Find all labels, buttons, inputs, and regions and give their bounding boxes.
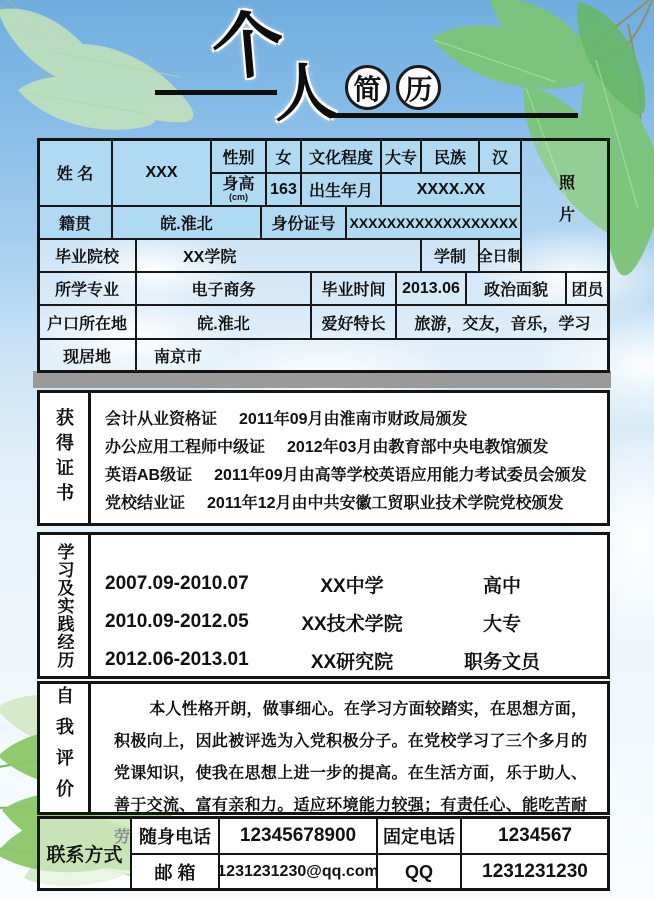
certificates-section-label: 获得证书 xyxy=(51,408,77,508)
system-label: 学制 xyxy=(420,238,480,273)
political-value: 团员 xyxy=(565,271,610,306)
qq-label: QQ xyxy=(376,853,462,891)
gender-label: 性别 xyxy=(210,138,267,174)
certificate-item: 办公应用工程师中级证2012年03月由教育部中央电教馆颁发 xyxy=(105,431,607,459)
school-value: XX学院 xyxy=(135,238,422,273)
experience-section-label-cell: 学习及实践经历 xyxy=(40,535,91,676)
experience-role: 大专 xyxy=(441,609,563,636)
photo-label: 照片 xyxy=(554,174,577,238)
certificate-name: 党校结业证 xyxy=(105,490,185,513)
experience-role: 高中 xyxy=(441,571,563,598)
birth-label: 出生年月 xyxy=(300,172,382,207)
mobile-label: 随身电话 xyxy=(130,816,220,855)
certificate-name: 办公应用工程师中级证 xyxy=(105,434,265,457)
experience-role: 职务文员 xyxy=(441,647,563,674)
qq-value: 1231231230 xyxy=(460,853,610,891)
title-char-jian: 简 xyxy=(353,68,381,108)
title-char-ren: 人 xyxy=(272,60,337,125)
height-label: 身高(cm) xyxy=(210,172,267,207)
major-label: 所学专业 xyxy=(37,271,137,306)
divider-bar xyxy=(33,371,611,388)
id-label: 身份证号 xyxy=(260,205,347,240)
self-evaluation-section: 自我评价 本人性格开朗，做事细心。在学习方面较踏实，在思想方面，积极向上，因此被… xyxy=(37,681,610,815)
gender-value: 女 xyxy=(265,138,302,174)
ethnicity-value: 汉 xyxy=(478,138,522,174)
education-label: 文化程度 xyxy=(300,138,382,174)
experience-section-label: 学习及实践经历 xyxy=(52,543,77,669)
hobby-value: 旅游，交友，音乐，学习 xyxy=(395,304,610,340)
certificates-content: 会计从业资格证2011年09月由淮南市财政局颁发 办公应用工程师中级证2012年… xyxy=(91,393,607,523)
experience-item: 2010.09-2012.05XX技术学院大专 xyxy=(105,603,607,641)
landline-label: 固定电话 xyxy=(376,816,462,855)
system-value: 全日制 xyxy=(478,238,522,273)
birth-value: XXXX.XX xyxy=(380,172,522,207)
height-unit: (cm) xyxy=(229,193,248,202)
email-value: 1231231230@qq.com xyxy=(218,853,378,891)
id-value: XXXXXXXXXXXXXXXXXX xyxy=(345,205,522,240)
experience-item: 2007.09-2010.07XX中学高中 xyxy=(105,565,607,603)
self-evaluation-label-cell: 自我评价 xyxy=(40,684,91,812)
certificate-list: 会计从业资格证2011年09月由淮南市财政局颁发 办公应用工程师中级证2012年… xyxy=(91,393,607,515)
certificate-name: 会计从业资格证 xyxy=(105,406,217,429)
grad-time-value: 2013.06 xyxy=(395,271,467,306)
certificate-detail: 2011年12月由中共安徽工贸职业技术学院党校颁发 xyxy=(207,490,564,513)
experience-content: 2007.09-2010.07XX中学高中 2010.09-2012.05XX技… xyxy=(91,535,607,676)
residence-label: 现居地 xyxy=(37,338,137,373)
email-label: 邮 箱 xyxy=(130,853,220,891)
school-label: 毕业院校 xyxy=(37,238,137,273)
experience-item: 2012.06-2013.01XX研究院职务文员 xyxy=(105,641,607,679)
name-value: XXX xyxy=(111,138,212,207)
experience-place: XX研究院 xyxy=(263,647,441,674)
hukou-label: 户口所在地 xyxy=(37,304,137,340)
certificate-item: 会计从业资格证2011年09月由淮南市财政局颁发 xyxy=(105,403,607,431)
native-value: 皖.淮北 xyxy=(111,205,262,240)
residence-value: 南京市 xyxy=(135,338,610,373)
name-label: 姓 名 xyxy=(37,138,113,207)
experience-list: 2007.09-2010.07XX中学高中 2010.09-2012.05XX技… xyxy=(91,535,607,679)
major-value: 电子商务 xyxy=(135,271,312,306)
self-evaluation-label: 自我评价 xyxy=(51,686,77,810)
ethnicity-label: 民族 xyxy=(420,138,480,174)
title-circle-li: 历 xyxy=(396,65,441,110)
title-underline-right xyxy=(330,113,578,118)
education-value: 大专 xyxy=(380,138,422,174)
native-label: 籍贯 xyxy=(37,205,113,240)
mobile-value: 12345678900 xyxy=(218,816,378,855)
hukou-value: 皖.淮北 xyxy=(135,304,312,340)
hobby-label: 爱好特长 xyxy=(310,304,397,340)
self-evaluation-content: 本人性格开朗，做事细心。在学习方面较踏实，在思想方面，积极向上，因此被评选为入党… xyxy=(91,684,607,812)
certificates-section: 获得证书 会计从业资格证2011年09月由淮南市财政局颁发 办公应用工程师中级证… xyxy=(37,390,610,526)
experience-place: XX中学 xyxy=(263,571,441,598)
grad-time-label: 毕业时间 xyxy=(310,271,397,306)
experience-period: 2010.09-2012.05 xyxy=(105,611,263,633)
contact-section-label: 联系方式 xyxy=(37,816,132,891)
certificate-name: 英语AB级证 xyxy=(105,462,192,485)
certificate-detail: 2011年09月由高等学校英语应用能力考试委员会颁发 xyxy=(214,462,587,485)
height-value: 163 xyxy=(265,172,302,207)
height-label-stack: 身高(cm) xyxy=(222,177,254,203)
height-label-text: 身高 xyxy=(222,177,254,194)
certificate-detail: 2012年03月由教育部中央电教馆颁发 xyxy=(287,434,548,457)
certificate-detail: 2011年09月由淮南市财政局颁发 xyxy=(239,406,468,429)
experience-period: 2012.06-2013.01 xyxy=(105,649,263,671)
photo-cell: 照片 xyxy=(520,138,610,273)
resume-page: 个 人 简 历 姓 名 XXX 性别 女 文化程度 大专 民族 汉 身高(cm)… xyxy=(0,0,654,899)
certificates-section-label-cell: 获得证书 xyxy=(40,393,91,523)
title-circle-jian: 简 xyxy=(345,65,390,110)
experience-place: XX技术学院 xyxy=(263,609,441,636)
experience-section: 学习及实践经历 2007.09-2010.07XX中学高中 2010.09-20… xyxy=(37,532,610,679)
certificate-item: 党校结业证2011年12月由中共安徽工贸职业技术学院党校颁发 xyxy=(105,487,607,515)
experience-period: 2007.09-2010.07 xyxy=(105,573,263,595)
title-banner: 个 人 简 历 xyxy=(0,0,654,140)
landline-value: 1234567 xyxy=(460,816,610,855)
political-label: 政治面貌 xyxy=(465,271,567,306)
certificate-item: 英语AB级证2011年09月由高等学校英语应用能力考试委员会颁发 xyxy=(105,459,607,487)
title-char-li: 历 xyxy=(404,68,432,108)
